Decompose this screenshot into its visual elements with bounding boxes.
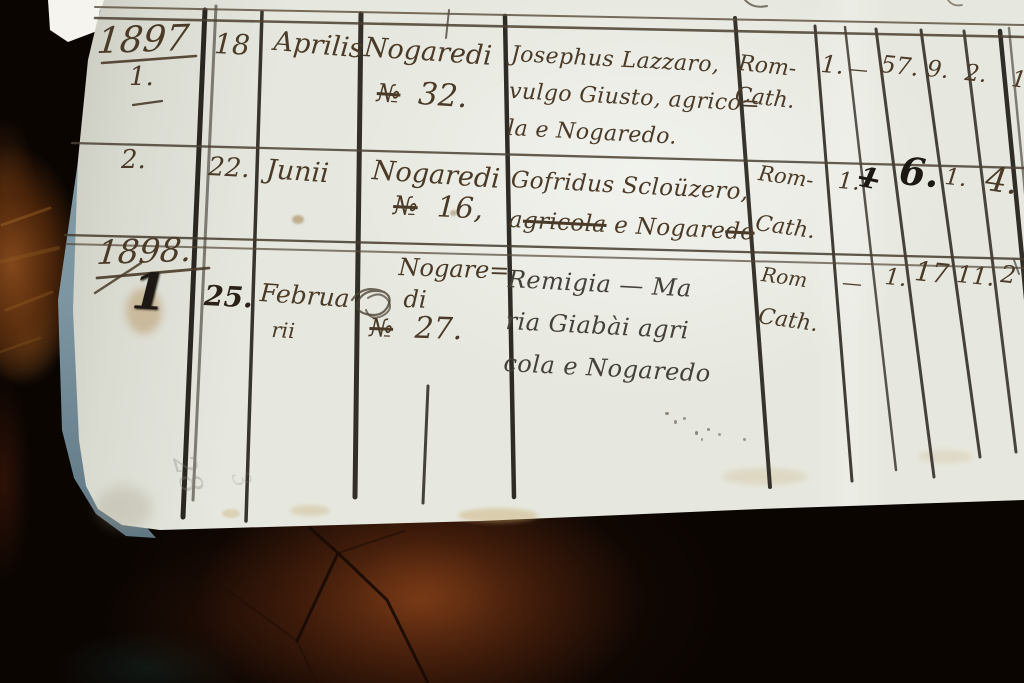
pencil-mark: 28 <box>167 452 206 497</box>
numero-sign-struck: № <box>376 78 402 109</box>
entry1-figure: 57. <box>879 52 919 80</box>
numero-sign-struck: № <box>369 313 394 343</box>
entry3-figure: 1. <box>884 266 908 291</box>
entry2-figure: 1. <box>944 166 968 191</box>
entry2-month: Junii <box>265 156 330 187</box>
entry3-place-line1: Nogare= <box>398 255 510 283</box>
struck-word: gricola <box>522 208 607 238</box>
entry1-figure: — <box>847 58 869 80</box>
photo-of-parish-register: 1897 1. 18 Aprilis Nogaredi № 32. Joseph… <box>0 0 1024 683</box>
entry3-religion-line1: Rom <box>760 264 808 290</box>
entry3-figure: 17 <box>913 258 950 288</box>
house-number-value: 32. <box>417 76 469 115</box>
entry3-house-number: № 27. <box>369 312 463 345</box>
entry3-figure: 11. <box>955 262 995 290</box>
entry1-religion: Rom- Cath. <box>733 48 799 118</box>
entry1-month: Aprilis <box>273 28 364 63</box>
entry3-person: Remigia — Ma ria Giabài agri cola e Noga… <box>502 258 716 395</box>
struck-word: do <box>725 218 756 246</box>
person-word: a <box>508 207 523 234</box>
numero-sign-struck: № <box>392 191 418 222</box>
entry1-house-number: № 32. <box>376 76 469 113</box>
entry3-month-line1: Februa <box>259 280 350 311</box>
year-1897: 1897 <box>95 21 190 60</box>
entry2-house-number: № 16, <box>392 190 483 224</box>
entry2-person: Gofridus Scloüzero, agricola e Nogaredo <box>508 160 758 253</box>
entry1-figure: 1. <box>820 52 845 78</box>
entry2-figure: 4. <box>983 162 1020 200</box>
entry3-number: 1 <box>130 266 167 318</box>
entry3-day: 25. <box>204 282 254 313</box>
entry3-figure-partial: 2 <box>999 262 1017 287</box>
entry3-month-line2: rii <box>271 320 296 342</box>
entry1-number: 1. <box>129 64 154 90</box>
entry1-figure: 2. <box>964 62 988 87</box>
entry1-day: 18 <box>214 30 251 60</box>
religion-line: Cath. <box>733 80 796 118</box>
house-number-value: 27. <box>414 311 463 348</box>
entry1-person: Josephus Lazzaro, vulgo Giusto, agrico= … <box>506 36 763 160</box>
entry3-figure: — <box>841 272 863 294</box>
person-word: e Nogare <box>606 212 726 244</box>
house-number-value: 16, <box>436 189 484 225</box>
entry1-figure-partial: 1 <box>1010 68 1024 93</box>
entry1-figure: 9. <box>926 58 950 83</box>
entry2-figure: 6. <box>898 152 941 193</box>
entry3-place-line2: di <box>403 287 427 312</box>
entry2-number: 2. <box>121 147 146 173</box>
entry2-day: 22. <box>208 154 251 182</box>
